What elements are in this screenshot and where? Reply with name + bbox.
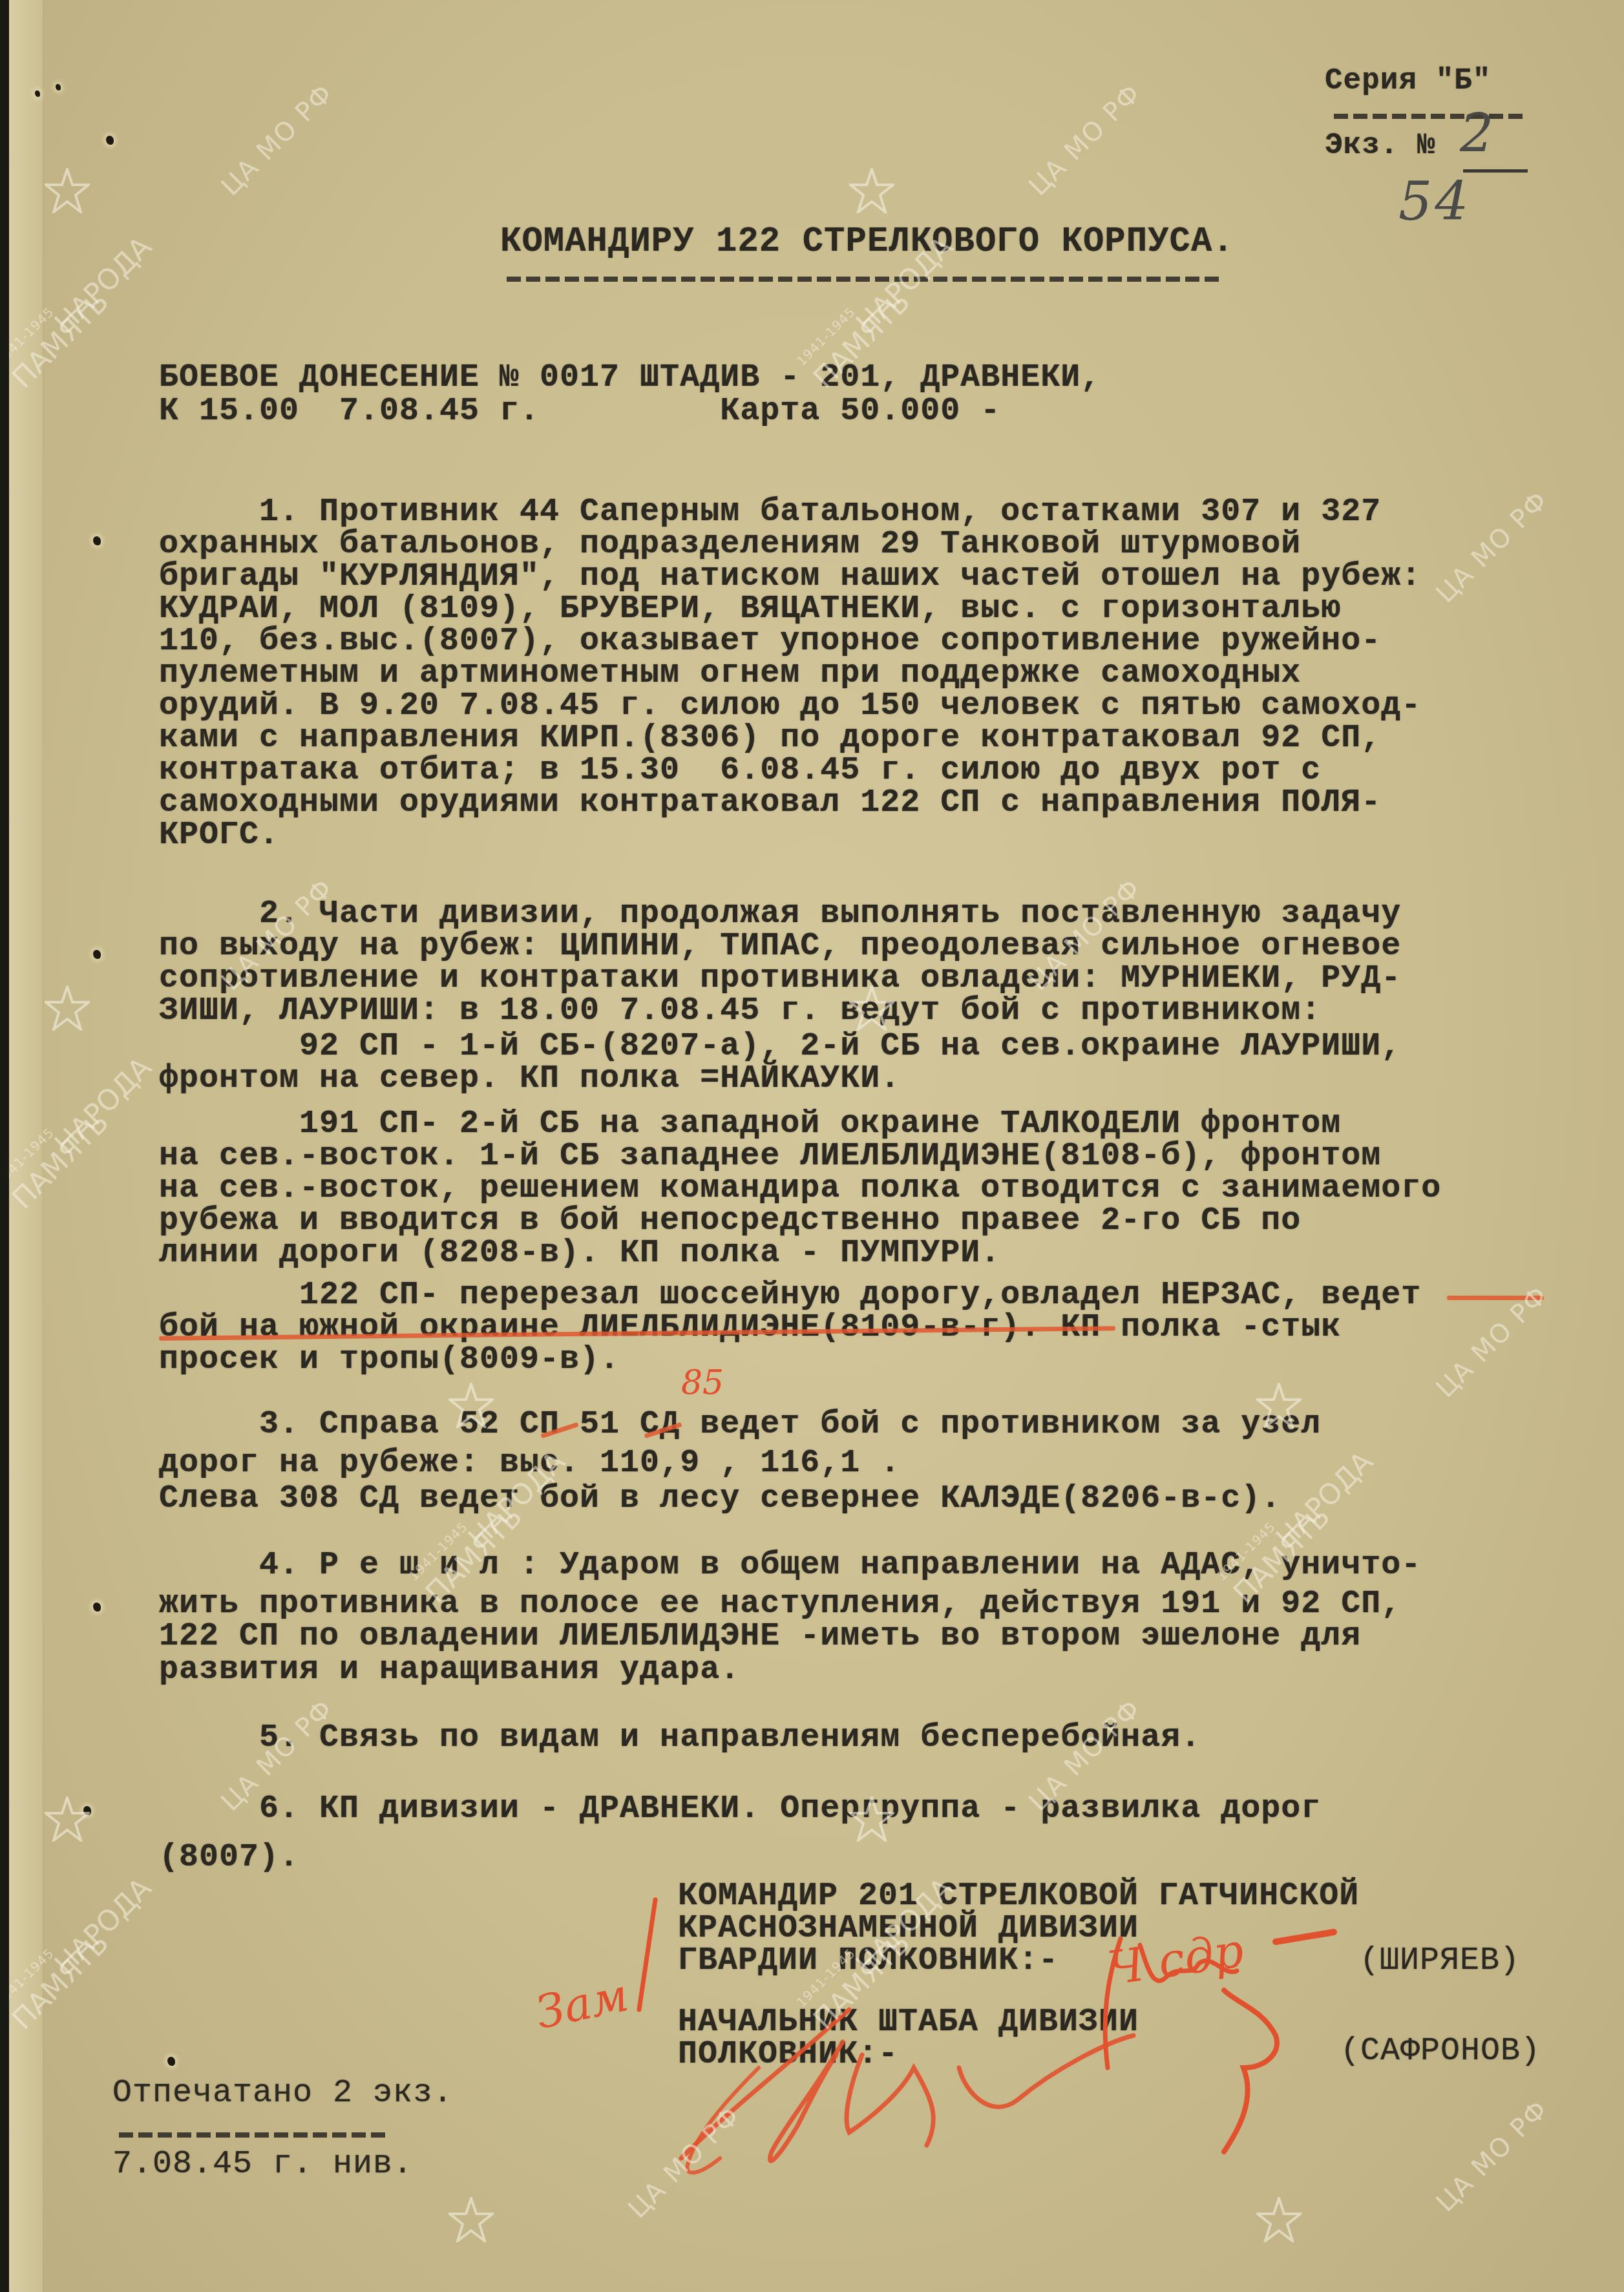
document-page: Серия "Б" Экз. № 2 54 КОМАНДИРУ 122 СТРЕ… (9, 0, 1624, 2292)
footer-rule (119, 2132, 390, 2138)
date-typist: 7.08.45 г. нив. (112, 2149, 413, 2181)
printed-copies: Отпечатано 2 экз. (112, 2077, 453, 2110)
